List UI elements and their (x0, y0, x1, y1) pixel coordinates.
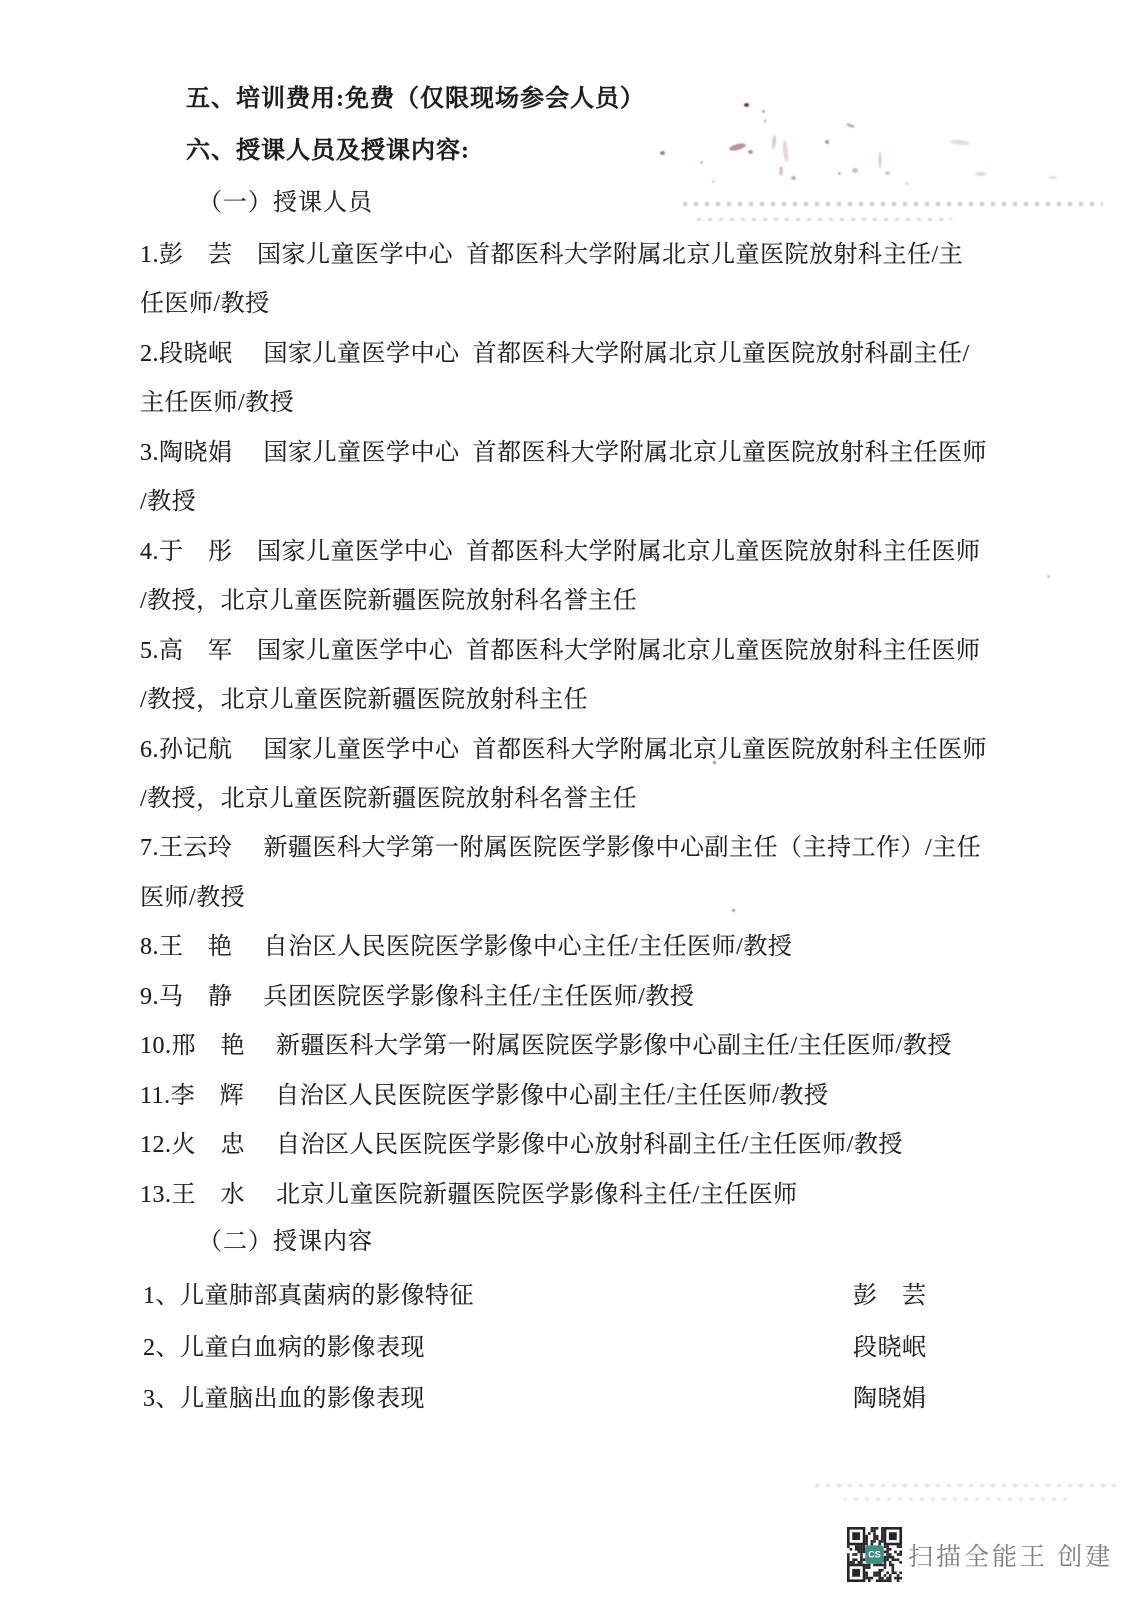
course-speaker: 陶晓娟 (853, 1386, 927, 1413)
instructor-line-1: 任医师/教授 (140, 291, 270, 318)
instructor-line-6: /教授，北京儿童医院新疆医院放射科名誉主任 (140, 786, 637, 813)
stamp-speck (1048, 176, 1057, 179)
stamp-speck (729, 142, 747, 152)
instructor-line-2: 2.段晓岷 国家儿童医学中心 首都医科大学附属北京儿童医院放射科副主任/ (140, 341, 970, 368)
stamp-speck (744, 103, 749, 107)
stamp-speck (779, 166, 783, 176)
instructor-line-11: 11.李 辉 自治区人民医院医学影像中心副主任/主任医师/教授 (140, 1083, 828, 1110)
heading-subsection-2: （二）授课内容 (198, 1229, 373, 1256)
course-speaker: 彭 芸 (853, 1283, 927, 1310)
stamp-speck (852, 168, 858, 173)
scan-streak (683, 202, 1103, 206)
instructor-line-13: 13.王 水 北京儿童医院新疆医院医学影像科主任/主任医师 (140, 1182, 798, 1209)
instructor-line-6: 6.孙记航 国家儿童医学中心 首都医科大学附属北京儿童医院放射科主任医师 (140, 737, 987, 764)
instructor-line-8: 8.王 艳 自治区人民医院医学影像中心主任/主任医师/教授 (140, 934, 792, 961)
instructor-line-9: 9.马 静 兵团医院医学影像科主任/主任医师/教授 (140, 984, 694, 1011)
stamp-speck (846, 123, 855, 129)
instructor-line-7: 医师/教授 (140, 885, 245, 912)
stamp-speck (885, 171, 890, 175)
instructor-line-2: 主任医师/教授 (140, 390, 294, 417)
stamp-speck (905, 182, 909, 185)
stamp-speck (660, 151, 665, 155)
heading-section-5: 五、培训费用:免费（仅限现场参会人员） (186, 86, 645, 113)
stamp-speck (764, 119, 766, 123)
heading-subsection-1: （一）授课人员 (198, 190, 373, 217)
watermark-text: 扫描全能王 创建 (908, 1537, 1113, 1573)
instructor-line-1: 1.彭 芸 国家儿童医学中心 首都医科大学附属北京儿童医院放射科主任/主 (140, 242, 963, 269)
course-speaker: 段晓岷 (853, 1335, 927, 1362)
stamp-speck (950, 139, 970, 146)
stamp-speck (732, 909, 735, 912)
stamp-speck (762, 110, 765, 113)
scan-streak (697, 218, 952, 221)
course-row: 1、儿童肺部真菌病的影像特征彭 芸 (143, 1283, 474, 1310)
instructor-line-10: 10.邢 艳 新疆医科大学第一附属医院医学影像中心副主任/主任医师/教授 (140, 1033, 952, 1060)
svg-text:CS: CS (868, 1550, 881, 1560)
course-row: 3、儿童脑出血的影像表现陶晓娟 (143, 1386, 425, 1413)
stamp-speck (712, 180, 715, 183)
stamp-speck (838, 172, 841, 175)
stamp-speck (791, 176, 796, 180)
scan-streak (843, 1498, 1073, 1501)
stamp-speck (782, 140, 789, 162)
stamp-speck (713, 761, 716, 764)
instructor-line-12: 12.火 忠 自治区人民医院医学影像中心放射科副主任/主任医师/教授 (140, 1132, 903, 1159)
instructor-line-7: 7.王云玲 新疆医科大学第一附属医院医学影像中心副主任（主持工作）/主任 (140, 835, 981, 862)
stamp-speck (700, 161, 703, 164)
instructor-line-4: /教授，北京儿童医院新疆医院放射科名誉主任 (140, 588, 637, 615)
instructor-line-3: /教授 (140, 489, 196, 516)
course-row: 2、儿童白血病的影像表现段晓岷 (143, 1335, 425, 1362)
instructor-line-3: 3.陶晓娟 国家儿童医学中心 首都医科大学附属北京儿童医院放射科主任医师 (140, 440, 987, 467)
stamp-speck (825, 140, 829, 144)
stamp-speck (878, 152, 882, 168)
instructor-line-5: /教授，北京儿童医院新疆医院放射科主任 (140, 687, 588, 714)
instructor-line-5: 5.高 军 国家儿童医学中心 首都医科大学附属北京儿童医院放射科主任医师 (140, 638, 981, 665)
stamp-speck (975, 172, 986, 176)
scan-streak (815, 1484, 1120, 1487)
heading-section-6: 六、授课人员及授课内容: (186, 138, 470, 165)
stamp-speck (748, 150, 753, 154)
stamp-speck (771, 135, 777, 149)
qr-code: CS (847, 1527, 902, 1582)
instructor-line-4: 4.于 彤 国家儿童医学中心 首都医科大学附属北京儿童医院放射科主任医师 (140, 539, 981, 566)
stamp-speck (1047, 575, 1050, 578)
document-page: 五、培训费用:免费（仅限现场参会人员）六、授课人员及授课内容:（一）授课人员1.… (0, 0, 1130, 1600)
